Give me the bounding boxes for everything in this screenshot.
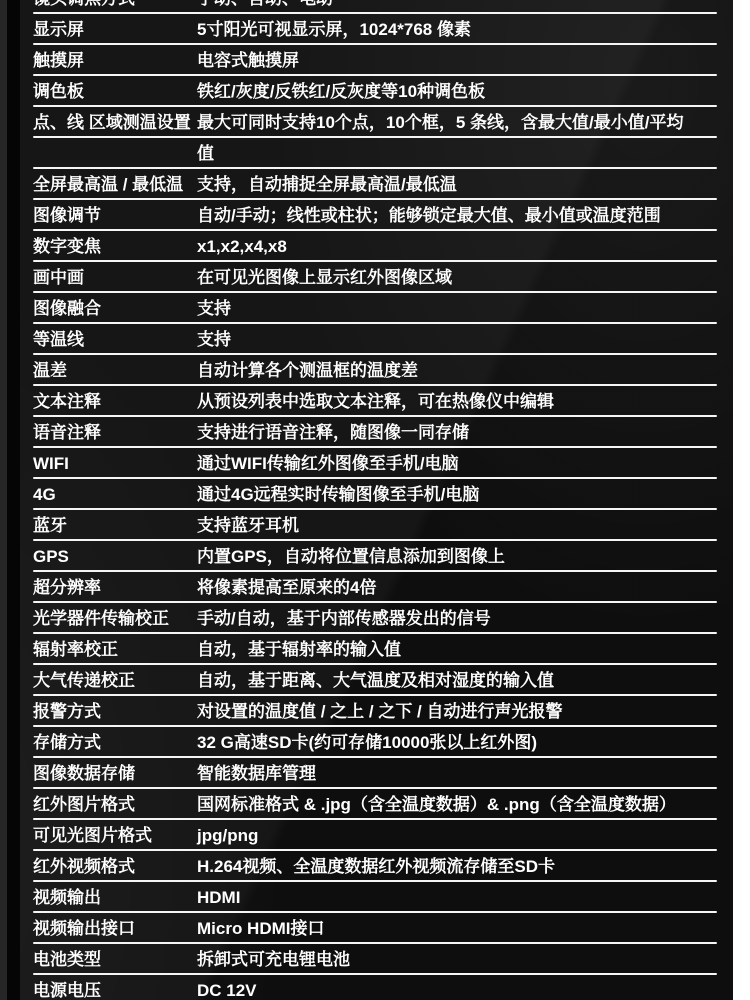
spec-label: 蓝牙 [33, 511, 197, 540]
spec-label: 视频输出接口 [33, 914, 197, 943]
spec-label: 红外图片格式 [33, 790, 197, 819]
table-row: 触摸屏 电容式触摸屏 [20, 45, 733, 76]
table-row: 数字变焦 x1,x2,x4,x8 [20, 231, 733, 262]
spec-label: 超分辨率 [33, 573, 197, 602]
spec-value: HDMI [197, 883, 733, 912]
table-row: 镜头调焦方式 手动、自动、电动 [20, 0, 733, 14]
table-row-continuation: 值 [20, 138, 733, 169]
spec-label: 视频输出 [33, 883, 197, 912]
spec-label: 数字变焦 [33, 232, 197, 261]
spec-value: 32 G高速SD卡(约可存储10000张以上红外图) [197, 728, 733, 757]
table-row: 红外视频格式 H.264视频、全温度数据红外视频流存储至SD卡 [20, 851, 733, 882]
table-row: 全屏最高温 / 最低温 支持，自动捕捉全屏最高温/最低温 [20, 169, 733, 200]
spec-value: 在可见光图像上显示红外图像区域 [197, 263, 733, 292]
spec-label: 电池类型 [33, 945, 197, 974]
spec-value: 最大可同时支持10个点，10个框，5 条线，含最大值/最小值/平均 [197, 108, 733, 137]
spec-label: 文本注释 [33, 387, 197, 416]
table-row: 辐射率校正 自动，基于辐射率的输入值 [20, 634, 733, 665]
spec-sheet: 镜头调焦方式 手动、自动、电动 显示屏 5寸阳光可视显示屏，1024*768 像… [0, 0, 750, 1000]
spec-label: 辐射率校正 [33, 635, 197, 664]
table-row: 电池类型 拆卸式可充电锂电池 [20, 944, 733, 975]
table-row: 电源电压 DC 12V [20, 975, 733, 1000]
table-row: 4G 通过4G远程实时传输图像至手机/电脑 [20, 479, 733, 510]
spec-value: H.264视频、全温度数据红外视频流存储至SD卡 [197, 852, 733, 881]
left-edge-shadow [0, 0, 20, 1000]
spec-value: 通过4G远程实时传输图像至手机/电脑 [197, 480, 733, 509]
table-row: 图像调节 自动/手动；线性或柱状；能够锁定最大值、最小值或温度范围 [20, 200, 733, 231]
spec-label: 等温线 [33, 325, 197, 354]
spec-label: 语音注释 [33, 418, 197, 447]
table-row: 红外图片格式 国网标准格式 & .jpg（含全温度数据）& .png（含全温度数… [20, 789, 733, 820]
table-row: 蓝牙 支持蓝牙耳机 [20, 510, 733, 541]
spec-value: 支持 [197, 294, 733, 323]
spec-value: 智能数据库管理 [197, 759, 733, 788]
spec-value: 手动/自动，基于内部传感器发出的信号 [197, 604, 733, 633]
spec-label: 全屏最高温 / 最低温 [33, 170, 197, 199]
spec-label: 点、线 区域测温设置 [33, 108, 197, 137]
table-row: 视频输出 HDMI [20, 882, 733, 913]
spec-label: 图像数据存储 [33, 759, 197, 788]
table-row: 调色板 铁红/灰度/反铁红/反灰度等10种调色板 [20, 76, 733, 107]
spec-value: 值 [197, 139, 733, 168]
spec-value: 国网标准格式 & .jpg（含全温度数据）& .png（含全温度数据） [197, 790, 733, 819]
table-row: 光学器件传输校正 手动/自动，基于内部传感器发出的信号 [20, 603, 733, 634]
spec-label: 图像融合 [33, 294, 197, 323]
spec-value: x1,x2,x4,x8 [197, 232, 733, 261]
table-row: 等温线 支持 [20, 324, 733, 355]
table-row: 存储方式 32 G高速SD卡(约可存储10000张以上红外图) [20, 727, 733, 758]
table-row: 图像融合 支持 [20, 293, 733, 324]
spec-value: 5寸阳光可视显示屏，1024*768 像素 [197, 15, 733, 44]
spec-value: 自动计算各个测温框的温度差 [197, 356, 733, 385]
spec-label: GPS [33, 542, 197, 571]
spec-label: 报警方式 [33, 697, 197, 726]
table-row: WIFI 通过WIFI传输红外图像至手机/电脑 [20, 448, 733, 479]
spec-page-background: 镜头调焦方式 手动、自动、电动 显示屏 5寸阳光可视显示屏，1024*768 像… [0, 0, 733, 1000]
table-row: GPS 内置GPS，自动将位置信息添加到图像上 [20, 541, 733, 572]
spec-value: 自动/手动；线性或柱状；能够锁定最大值、最小值或温度范围 [197, 201, 733, 230]
spec-label: 光学器件传输校正 [33, 604, 197, 633]
spec-label: 可见光图片格式 [33, 821, 197, 850]
spec-label: WIFI [33, 449, 197, 478]
spec-value: 电容式触摸屏 [197, 46, 733, 75]
spec-label: 调色板 [33, 77, 197, 106]
spec-value: 支持，自动捕捉全屏最高温/最低温 [197, 170, 733, 199]
spec-label: 温差 [33, 356, 197, 385]
spec-table: 镜头调焦方式 手动、自动、电动 显示屏 5寸阳光可视显示屏，1024*768 像… [20, 0, 733, 1000]
spec-value: 自动，基于距离、大气温度及相对湿度的输入值 [197, 666, 733, 695]
spec-value: 铁红/灰度/反铁红/反灰度等10种调色板 [197, 77, 733, 106]
table-row: 报警方式 对设置的温度值 / 之上 / 之下 / 自动进行声光报警 [20, 696, 733, 727]
spec-value: 从预设列表中选取文本注释，可在热像仪中编辑 [197, 387, 733, 416]
table-row: 视频输出接口 Micro HDMI接口 [20, 913, 733, 944]
table-row: 文本注释 从预设列表中选取文本注释，可在热像仪中编辑 [20, 386, 733, 417]
spec-label: 大气传递校正 [33, 666, 197, 695]
spec-value: 拆卸式可充电锂电池 [197, 945, 733, 974]
table-row: 超分辨率 将像素提高至原来的4倍 [20, 572, 733, 603]
spec-value: 支持进行语音注释，随图像一同存储 [197, 418, 733, 447]
table-row: 大气传递校正 自动，基于距离、大气温度及相对湿度的输入值 [20, 665, 733, 696]
spec-label: 画中画 [33, 263, 197, 292]
spec-value: 支持蓝牙耳机 [197, 511, 733, 540]
table-row: 语音注释 支持进行语音注释，随图像一同存储 [20, 417, 733, 448]
spec-value: jpg/png [197, 821, 733, 850]
spec-value: 支持 [197, 325, 733, 354]
table-row: 温差 自动计算各个测温框的温度差 [20, 355, 733, 386]
table-row: 点、线 区域测温设置 最大可同时支持10个点，10个框，5 条线，含最大值/最小… [20, 107, 733, 138]
spec-label: 存储方式 [33, 728, 197, 757]
spec-label: 显示屏 [33, 15, 197, 44]
spec-label: 红外视频格式 [33, 852, 197, 881]
spec-label: 触摸屏 [33, 46, 197, 75]
spec-value: 对设置的温度值 / 之上 / 之下 / 自动进行声光报警 [197, 697, 733, 726]
spec-value: Micro HDMI接口 [197, 914, 733, 943]
table-row: 图像数据存储 智能数据库管理 [20, 758, 733, 789]
spec-value: 通过WIFI传输红外图像至手机/电脑 [197, 449, 733, 478]
spec-value: 内置GPS，自动将位置信息添加到图像上 [197, 542, 733, 571]
spec-label: 4G [33, 480, 197, 509]
spec-value: 自动，基于辐射率的输入值 [197, 635, 733, 664]
table-row: 画中画 在可见光图像上显示红外图像区域 [20, 262, 733, 293]
spec-label: 图像调节 [33, 201, 197, 230]
table-row: 显示屏 5寸阳光可视显示屏，1024*768 像素 [20, 14, 733, 45]
table-row: 可见光图片格式 jpg/png [20, 820, 733, 851]
spec-value: 将像素提高至原来的4倍 [197, 573, 733, 602]
spec-value: DC 12V [197, 976, 733, 1000]
spec-label: 电源电压 [33, 976, 197, 1000]
